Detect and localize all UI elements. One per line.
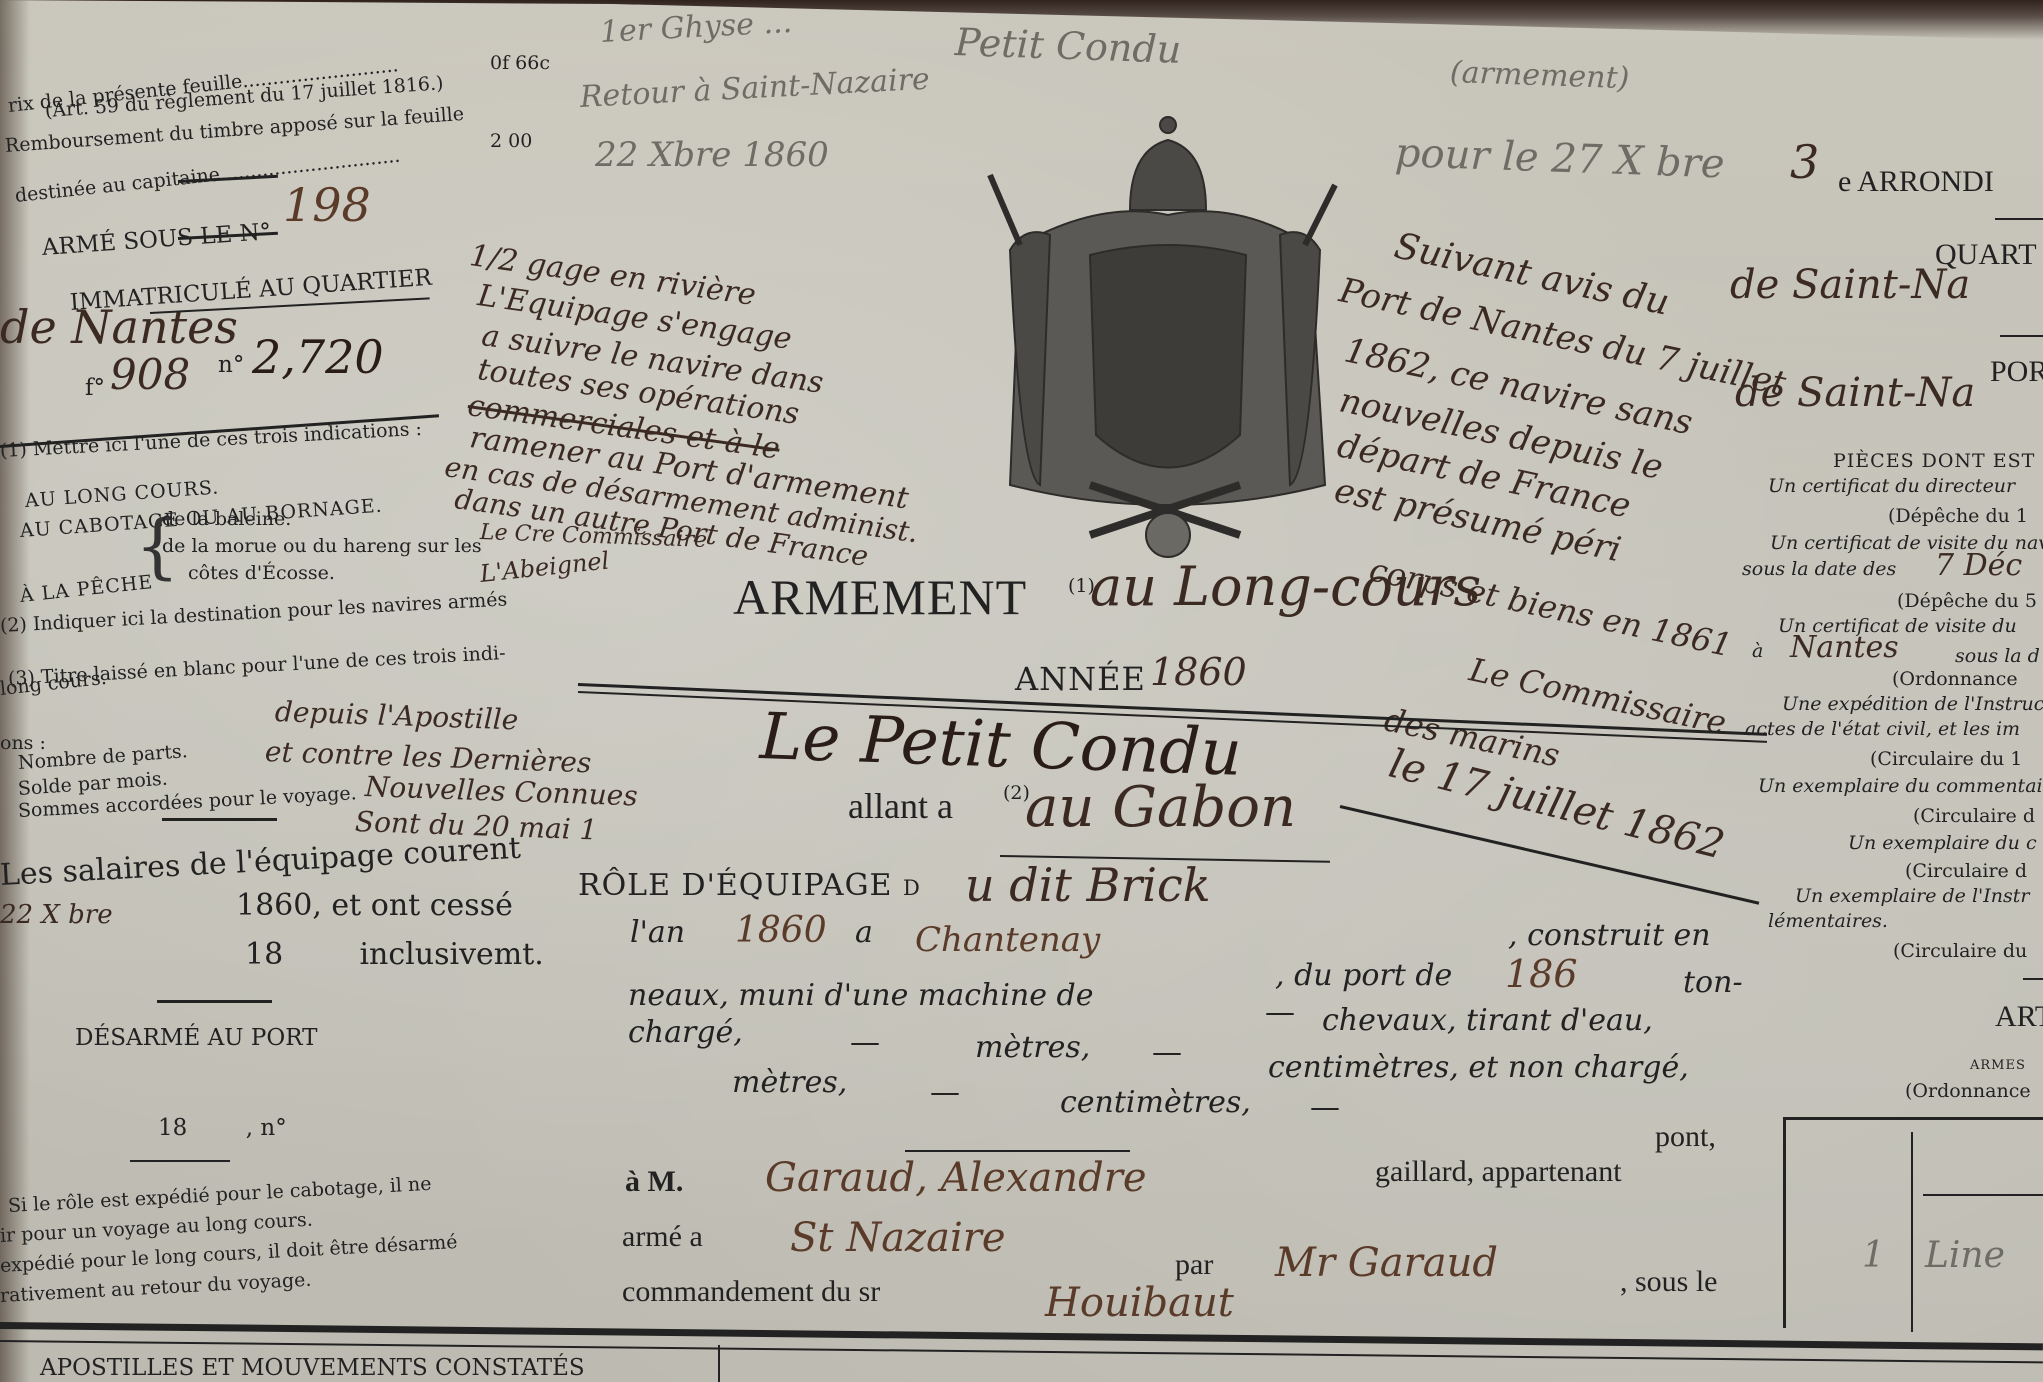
visite-lieu-value: Nantes [1790,630,1899,665]
quartier-value: de Saint-Na [1730,262,1970,308]
armement-value: au Long-cours [1090,555,1481,618]
annee-value: 1860 [1150,650,1247,694]
allant-value: au Gabon [1025,775,1296,840]
arme-a-label: armé a [622,1220,703,1254]
visite-date-value: 7 Déc [1935,548,2022,583]
proprietaire-label: à M. [625,1165,683,1199]
annee-label: ANNÉE [1015,660,1146,698]
port-value-right: de Saint-Na [1735,370,1975,416]
metres-label: mètres, [975,1030,1090,1065]
non-charge-cm-value: — [1310,1090,1340,1125]
fee-amount-1: 0f 66c [490,52,550,74]
port-label: , du port de [1275,958,1452,993]
port-label-right: POR [1990,355,2043,389]
pieces-line-18: lémentaires. [1768,910,1888,932]
gaillard-label: gaillard, appartenant [1375,1155,1622,1189]
art-heading: ART [1995,1000,2043,1034]
folio-label: f° [85,375,105,401]
proprietaire-value: Garaud, Alexandre [765,1155,1146,1201]
peche-option-morue: de la morue ou du hareng sur les [162,535,482,557]
pieces-line-1: Un certificat du directeur [1768,475,2015,497]
pencil-pour-note: pour le 27 X bre [1394,130,1725,187]
ordonnance-label: (Ordonnance [1905,1080,2031,1102]
non-charge-cm-label: centimètres, [1060,1085,1251,1120]
non-charge-metres-label: mètres, [732,1065,847,1100]
note3-line1: (3) Titre laissé en blanc pour l'une de … [7,642,506,690]
arrondissement-number: 3 [1790,135,1819,189]
peche-option-baleine: de la baleine. [162,508,291,530]
table-left-rule [1783,1118,1786,1328]
pieces-line-10: Une expédition de l'Instruc [1782,693,2043,715]
an-label: l'an [630,915,685,950]
arrondissement-label: e ARRONDI [1838,165,1994,199]
pieces-line-15: Un exemplaire du c [1848,832,2037,854]
note1-option-long-cours: AU LONG COURS. [24,476,220,512]
document-page: rix de la présente feuille..............… [0,0,2043,1382]
chevaux-label: chevaux, tirant d'eau, [1322,1003,1653,1038]
blank-line [905,1150,1130,1152]
pieces-line-9: (Ordonnance [1892,668,2018,690]
capitaine-value: Houibaut [1045,1280,1234,1326]
an-value: 1860 [735,910,827,951]
pencil-note-line1: 1er Ghyse ... [599,5,793,50]
divider [2000,335,2043,337]
divider [1995,218,2043,220]
numero-value: 2,720 [252,330,384,384]
arme-sous-le-no-label: ARMÉ SOUS LE N° [41,219,272,261]
table-mid-rule [1911,1132,1913,1332]
ornament-divider [157,1000,272,1003]
pieces-line-8: sous la d [1955,645,2040,667]
construction-place: Chantenay [915,920,1100,960]
divider [2023,978,2043,980]
desarme-date: 18 , n° [158,1115,287,1141]
pencil-note-date: 22 Xbre 1860 [595,135,829,175]
column-divider [718,1345,720,1382]
centimetres-label: centimètres, et non chargé, [1268,1050,1689,1085]
pieces-line-16: (Circulaire d [1905,860,2027,882]
margin-note-1: depuis l'Apostille [274,695,518,736]
pieces-line-14: (Circulaire d [1913,805,2035,827]
a-label: a [855,915,873,950]
peche-option-ecosse: côtes d'Écosse. [188,562,335,584]
pont-label: pont, [1655,1120,1716,1154]
note1-title: (1) Mettre ici l'une de ces trois indica… [0,418,422,462]
table-inner-rule [1923,1194,2043,1196]
role-label: RÔLE D'ÉQUIPAGE d [578,868,921,903]
arme-sous-le-no-value: 198 [283,178,371,232]
table-cell-1: 1 [1862,1235,1885,1276]
charge-metres-value: — [850,1025,880,1060]
par-label: par [1175,1248,1213,1282]
hw-left-signature: L'Abeignel [479,547,611,588]
folio-value: 908 [110,350,190,399]
pieces-line-17: Un exemplaire de l'Instr [1795,885,2029,907]
pieces-title: PIÈCES DONT EST MU [1833,450,2043,472]
port-tonnage-value: 186 [1505,952,1578,996]
salaires-line-2: 1860, et ont cessé [236,888,513,923]
allant-label: allant a [848,785,953,827]
pieces-line-11: actes de l'état civil, et les im [1745,718,2020,740]
pieces-line-4: sous la date des [1742,558,1896,580]
imperial-coat-of-arms-icon [980,105,1350,575]
charge-label: chargé, [628,1015,743,1050]
bottom-header: APOSTILLES ET MOUVEMENTS CONSTATÉS [40,1355,585,1381]
pencil-ship-name: Petit Condu [954,20,1182,72]
salaires-handwritten: 22 X bre [0,900,113,930]
salaires-line-3: 18 inclusivemt. [245,937,544,972]
desarme-label: DÉSARMÉ AU PORT [75,1025,317,1051]
machine-value: — [1265,995,1295,1030]
immatricule-quartier-value: de Nantes [0,300,238,354]
par-value: Mr Garaud [1275,1240,1498,1286]
fee-amount-2: 2 00 [490,130,532,152]
pieces-line-5: (Dépêche du 5 [1897,590,2037,612]
pieces-line-12: (Circulaire du 1 [1870,748,2022,770]
tonneaux-line2: neaux, muni d'une machine de [628,978,1094,1013]
pieces-line-13: Un exemplaire du commentai [1758,775,2043,797]
pieces-line-2: (Dépêche du 1 [1888,505,2028,527]
bottom-thick-rule [0,1322,2043,1350]
construit-label: , construit en [1508,918,1711,953]
numero-label: n° [218,352,244,378]
sous-le-label: , sous le [1620,1265,1718,1299]
non-charge-metres-value: — [930,1075,960,1110]
pencil-armement-note: (armement) [1449,55,1630,96]
armes-label: ARMES [1970,1058,2026,1073]
note1-peche-label: À LA PÊCHE [19,571,154,607]
table-top-rule [1783,1117,2043,1120]
pieces-line-19: (Circulaire du [1893,940,2027,962]
charge-cm-value: — [1152,1035,1182,1070]
table-cell-2: Line [1925,1235,2005,1276]
pencil-note-line2: Retour à Saint-Nazaire [579,62,931,115]
footer-note-1: Si le rôle est expédié pour le cabotage,… [7,1173,432,1217]
tonneaux-label: ton- [1683,965,1743,1000]
divider [162,818,277,821]
armement-label: ARMEMENT [733,568,1027,626]
arme-a-value: St Nazaire [790,1215,1006,1261]
pieces-line-7: à [1752,640,1763,662]
divider [130,1160,230,1162]
commandement-label: commandement du sr [622,1275,880,1309]
role-value: u dit Brick [965,858,1211,912]
